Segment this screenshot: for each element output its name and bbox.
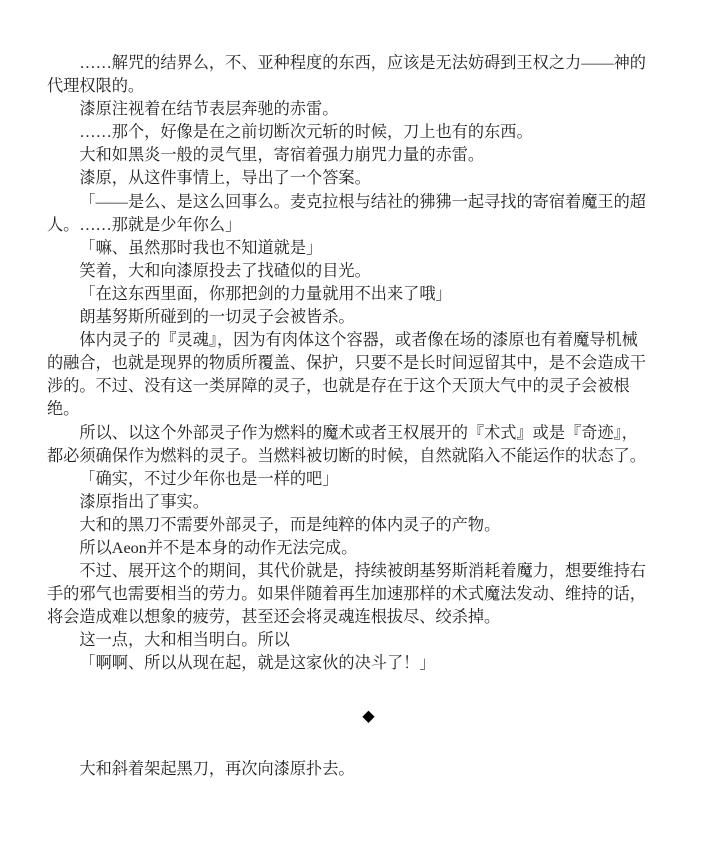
novel-page: ……解咒的结界么，不、亚种程度的东西，应该是无法妨碍到王权之力——神的代理权限的… — [0, 0, 708, 850]
diamond-separator-icon: ◆ — [362, 707, 374, 725]
paragraph: 「在这东西里面，你那把剑的力量就用不出来了哦」 — [47, 283, 648, 306]
paragraph: 这一点，大和相当明白。所以 — [47, 629, 648, 652]
paragraph: ……解咒的结界么，不、亚种程度的东西，应该是无法妨碍到王权之力——神的代理权限的… — [47, 52, 648, 98]
closing-text-block: 大和斜着架起黑刀，再次向漆原扑去。 — [47, 758, 648, 781]
paragraph: 「啊啊、所以从现在起，就是这家伙的决斗了！」 — [47, 652, 648, 675]
paragraph: ……那个，好像是在之前切断次元斩的时候，刀上也有的东西。 — [47, 121, 648, 144]
paragraph: 「——是么、是这么回事么。麦克拉根与结社的狒狒一起寻找的寄宿着魔王的超人。……那… — [47, 191, 648, 237]
paragraph: 不过、展开这个的期间，其代价就是，持续被朗基努斯消耗着魔力，想要维持右手的邪气也… — [47, 560, 648, 629]
body-text-column: ……解咒的结界么，不、亚种程度的东西，应该是无法妨碍到王权之力——神的代理权限的… — [47, 52, 648, 781]
paragraph: 体内灵子的『灵魂』，因为有肉体这个容器，或者像在场的漆原也有着魔导机械的融合，也… — [47, 329, 648, 421]
paragraph: 漆原，从这件事情上，导出了一个答案。 — [47, 167, 648, 190]
paragraph: 漆原注视着在结节表层奔驰的赤雷。 — [47, 98, 648, 121]
main-text-block: ……解咒的结界么，不、亚种程度的东西，应该是无法妨碍到王权之力——神的代理权限的… — [47, 52, 648, 676]
paragraph: 大和的黑刀不需要外部灵子，而是纯粹的体内灵子的产物。 — [47, 514, 648, 537]
paragraph: 大和斜着架起黑刀，再次向漆原扑去。 — [47, 758, 648, 781]
paragraph: 漆原指出了事实。 — [47, 491, 648, 514]
paragraph: 所以Aeon并不是本身的动作无法完成。 — [47, 537, 648, 560]
paragraph: 「嘛、虽然那时我也不知道就是」 — [47, 237, 648, 260]
paragraph: 大和如黑炎一般的灵气里，寄宿着强力崩咒力量的赤雷。 — [47, 144, 648, 167]
paragraph: 所以、以这个外部灵子作为燃料的魔术或者王权展开的『术式』或是『奇迹』，都必须确保… — [47, 422, 648, 468]
paragraph: 朗基努斯所碰到的一切灵子会被皆杀。 — [47, 306, 648, 329]
paragraph: 笑着，大和向漆原投去了找碴似的目光。 — [47, 260, 648, 283]
paragraph: 「确实，不过少年你也是一样的吧」 — [47, 468, 648, 491]
scene-separator-row: ◆ — [47, 705, 648, 728]
